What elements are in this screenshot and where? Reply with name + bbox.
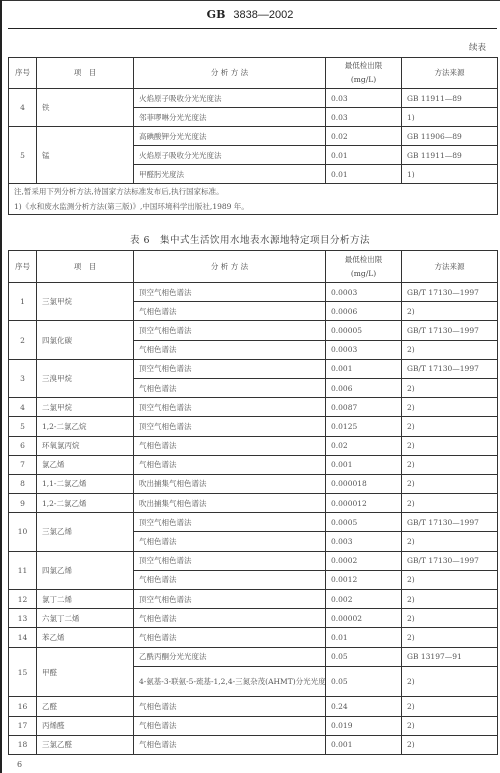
- row-limit: 0.03: [326, 108, 402, 127]
- row-method: 气相色谱法: [134, 302, 326, 321]
- row-source: 2): [402, 666, 498, 697]
- row-source: 2): [402, 735, 498, 754]
- row-limit: 0.003: [326, 532, 402, 551]
- table-6: 序号 项 目 分 析 方 法 最低检出限(mg/L) 方法来源 1三氯甲烷顶空气…: [8, 250, 498, 755]
- row-seq: 8: [9, 474, 37, 493]
- table-row: 1三氯甲烷顶空气相色谱法0.0003GB/T 17130—1997: [9, 283, 498, 302]
- row-method: 气相色谱法: [134, 455, 326, 474]
- row-source: 2): [402, 697, 498, 716]
- row-method: 气相色谱法: [134, 697, 326, 716]
- row-method: 顶空气相色谱法: [134, 359, 326, 378]
- row-seq: 3: [9, 359, 37, 397]
- row-source: 2): [402, 532, 498, 551]
- row-seq: 5: [9, 127, 37, 184]
- table-row: 15甲醛乙酰丙酮分光光度法0.05GB 13197—91: [9, 647, 498, 666]
- table-row: 13六氯丁二烯气相色谱法0.000022): [9, 609, 498, 628]
- table-row: 3三溴甲烷顶空气相色谱法0.001GB/T 17130—1997: [9, 359, 498, 378]
- table-row: 14苯乙烯气相色谱法0.012): [9, 628, 498, 647]
- row-item: 1,1-二氯乙烯: [37, 474, 134, 493]
- row-limit: 0.000012: [326, 494, 402, 513]
- col-header-limit: 最低检出限(mg/L): [326, 58, 402, 89]
- row-item: 三氯甲烷: [37, 283, 134, 321]
- row-method: 气相色谱法: [134, 436, 326, 455]
- row-limit: 0.01: [326, 628, 402, 647]
- row-limit: 0.001: [326, 455, 402, 474]
- row-item: 二氯甲烷: [37, 398, 134, 417]
- col-header-seq: 序号: [9, 251, 37, 283]
- header-rule: [8, 28, 497, 29]
- row-limit: 0.001: [326, 735, 402, 754]
- row-seq: 5: [9, 417, 37, 436]
- table-6-title: 集中式生活饮用水地表水源地特定项目分析方法: [160, 235, 370, 246]
- row-method: 顶空气相色谱法: [134, 551, 326, 570]
- row-source: 2): [402, 570, 498, 589]
- row-source: 2): [402, 609, 498, 628]
- row-limit: 0.006: [326, 378, 402, 397]
- row-limit: 0.0012: [326, 570, 402, 589]
- row-method: 气相色谱法: [134, 716, 326, 735]
- table-row: 11四氯乙烯顶空气相色谱法0.0002GB/T 17130—1997: [9, 551, 498, 570]
- table-row: 5锰高碘酸钾分光光度法0.02GB 11906—89: [9, 127, 498, 146]
- row-item: 1,2-二氯乙烯: [37, 494, 134, 513]
- row-method: 气相色谱法: [134, 340, 326, 359]
- row-limit: 0.02: [326, 436, 402, 455]
- row-method: 吹出捕集气相色谱法: [134, 494, 326, 513]
- row-method: 顶空气相色谱法: [134, 321, 326, 340]
- limit-header-unit: (mg/L): [331, 73, 396, 87]
- row-source: GB/T 17130—1997: [402, 551, 498, 570]
- row-seq: 7: [9, 455, 37, 474]
- table-row: 51,2-二氯乙烷顶空气相色谱法0.01252): [9, 417, 498, 436]
- row-limit: 0.0003: [326, 283, 402, 302]
- row-method: 顶空气相色谱法: [134, 398, 326, 417]
- row-source: GB 11911—89: [402, 89, 498, 108]
- col-header-source: 方法来源: [402, 251, 498, 283]
- row-method: 顶空气相色谱法: [134, 417, 326, 436]
- row-method: 气相色谱法: [134, 532, 326, 551]
- row-limit: 0.05: [326, 666, 402, 697]
- note-line-2: 1)《水和废水监测分析方法(第三版)》,中国环境科学出版社,1989 年。: [14, 199, 492, 214]
- row-item: 锰: [37, 127, 134, 184]
- row-seq: 17: [9, 716, 37, 735]
- col-header-method: 分 析 方 法: [134, 58, 326, 89]
- standard-number: 3838—2002: [233, 9, 293, 21]
- row-method: 气相色谱法: [134, 609, 326, 628]
- row-item: 乙醛: [37, 697, 134, 716]
- row-limit: 0.002: [326, 590, 402, 609]
- table-row: 12氯丁二烯顶空气相色谱法0.0022): [9, 590, 498, 609]
- row-method: 吹出捕集气相色谱法: [134, 474, 326, 493]
- table-row: 16乙醛气相色谱法0.242): [9, 697, 498, 716]
- limit-header-unit: (mg/L): [331, 267, 396, 281]
- row-source: 2): [402, 590, 498, 609]
- row-item: 三溴甲烷: [37, 359, 134, 397]
- row-method: 4-氨基-3-联氨-5-巯基-1,2,4-三氮杂茂(AHMT)分光光度法: [134, 666, 326, 697]
- row-item: 三氯乙醛: [37, 735, 134, 754]
- row-seq: 6: [9, 436, 37, 455]
- row-item: 三氯乙烯: [37, 513, 134, 551]
- row-seq: 12: [9, 590, 37, 609]
- row-limit: 0.0006: [326, 302, 402, 321]
- row-limit: 0.019: [326, 716, 402, 735]
- row-limit: 0.24: [326, 697, 402, 716]
- row-limit: 0.0125: [326, 417, 402, 436]
- col-header-limit: 最低检出限(mg/L): [326, 251, 402, 283]
- row-limit: 0.03: [326, 89, 402, 108]
- standard-prefix: GB: [207, 8, 226, 21]
- row-seq: 13: [9, 609, 37, 628]
- table-row: 4铁火焰原子吸收分光光度法0.03GB 11911—89: [9, 89, 498, 108]
- table-row: 4二氯甲烷顶空气相色谱法0.00872): [9, 398, 498, 417]
- col-header-method: 分 析 方 法: [134, 251, 326, 283]
- limit-header-line1: 最低检出限: [331, 59, 396, 73]
- row-source: GB/T 17130—1997: [402, 321, 498, 340]
- row-method: 邻菲啰啉分光光度法: [134, 108, 326, 127]
- row-source: 2): [402, 340, 498, 359]
- row-seq: 9: [9, 494, 37, 513]
- table-note-row: 注,暂采用下列分析方法,待国家方法标准发布后,执行国家标准。 1)《水和废水监测…: [9, 184, 498, 215]
- row-source: 1): [402, 108, 498, 127]
- table-row: 2四氯化碳顶空气相色谱法0.00005GB/T 17130—1997: [9, 321, 498, 340]
- row-item: 铁: [37, 89, 134, 127]
- row-method: 气相色谱法: [134, 570, 326, 589]
- row-method: 气相色谱法: [134, 378, 326, 397]
- row-item: 四氯化碳: [37, 321, 134, 359]
- row-item: 氯乙烯: [37, 455, 134, 474]
- row-seq: 18: [9, 735, 37, 754]
- row-source: GB/T 17130—1997: [402, 359, 498, 378]
- row-item: 丙烯醛: [37, 716, 134, 735]
- table-row: 91,2-二氯乙烯吹出捕集气相色谱法0.0000122): [9, 494, 498, 513]
- table-6-caption: 表 6集中式生活饮用水地表水源地特定项目分析方法: [0, 232, 500, 246]
- row-method: 火焰原子吸收分光光度法: [134, 89, 326, 108]
- col-header-item: 项 目: [37, 58, 134, 89]
- table-row: 10三氯乙烯顶空气相色谱法0.0005GB/T 17130—1997: [9, 513, 498, 532]
- row-limit: 0.00005: [326, 321, 402, 340]
- row-item: 氯丁二烯: [37, 590, 134, 609]
- col-header-item: 项 目: [37, 251, 134, 283]
- row-limit: 0.01: [326, 146, 402, 165]
- row-source: GB/T 17130—1997: [402, 513, 498, 532]
- row-method: 气相色谱法: [134, 628, 326, 647]
- row-source: 2): [402, 378, 498, 397]
- table-row: 6环氧氯丙烷气相色谱法0.022): [9, 436, 498, 455]
- row-source: GB 11906—89: [402, 127, 498, 146]
- table-note: 注,暂采用下列分析方法,待国家方法标准发布后,执行国家标准。 1)《水和废水监测…: [9, 184, 498, 215]
- row-limit: 0.0005: [326, 513, 402, 532]
- table-header-row: 序号 项 目 分 析 方 法 最低检出限(mg/L) 方法来源: [9, 58, 498, 89]
- row-item: 甲醛: [37, 647, 134, 697]
- row-seq: 4: [9, 398, 37, 417]
- continued-table: 序号 项 目 分 析 方 法 最低检出限(mg/L) 方法来源 4铁火焰原子吸收…: [8, 57, 498, 215]
- row-item: 1,2-二氯乙烷: [37, 417, 134, 436]
- col-header-source: 方法来源: [402, 58, 498, 89]
- row-seq: 2: [9, 321, 37, 359]
- row-source: 2): [402, 455, 498, 474]
- row-seq: 10: [9, 513, 37, 551]
- row-source: GB 13197—91: [402, 647, 498, 666]
- row-limit: 0.01: [326, 165, 402, 184]
- row-source: GB/T 17130—1997: [402, 283, 498, 302]
- table-row: 18三氯乙醛气相色谱法0.0012): [9, 735, 498, 754]
- row-source: 2): [402, 436, 498, 455]
- row-seq: 15: [9, 647, 37, 697]
- page-left-edge: [0, 0, 2, 773]
- row-method: 甲醛肟光度法: [134, 165, 326, 184]
- row-method: 顶空气相色谱法: [134, 513, 326, 532]
- limit-header-line1: 最低检出限: [331, 253, 396, 267]
- row-source: 2): [402, 398, 498, 417]
- row-seq: 1: [9, 283, 37, 321]
- table-row: 81,1-二氯乙烯吹出捕集气相色谱法0.0000182): [9, 474, 498, 493]
- row-method: 气相色谱法: [134, 735, 326, 754]
- table-header-row: 序号 项 目 分 析 方 法 最低检出限(mg/L) 方法来源: [9, 251, 498, 283]
- row-limit: 0.0003: [326, 340, 402, 359]
- row-limit: 0.0002: [326, 551, 402, 570]
- row-source: 2): [402, 716, 498, 735]
- row-item: 四氯乙烯: [37, 551, 134, 589]
- row-method: 火焰原子吸收分光光度法: [134, 146, 326, 165]
- row-source: 2): [402, 494, 498, 513]
- row-method: 顶空气相色谱法: [134, 283, 326, 302]
- row-limit: 0.0087: [326, 398, 402, 417]
- row-source: 2): [402, 302, 498, 321]
- row-method: 乙酰丙酮分光光度法: [134, 647, 326, 666]
- row-item: 环氧氯丙烷: [37, 436, 134, 455]
- row-seq: 4: [9, 89, 37, 127]
- row-seq: 14: [9, 628, 37, 647]
- row-method: 高碘酸钾分光光度法: [134, 127, 326, 146]
- continued-label: 续表: [469, 41, 486, 53]
- row-source: GB 11911—89: [402, 146, 498, 165]
- row-limit: 0.000018: [326, 474, 402, 493]
- row-source: 1): [402, 165, 498, 184]
- page-top-edge: [0, 0, 500, 1]
- row-limit: 0.02: [326, 127, 402, 146]
- table-6-number: 表 6: [130, 235, 150, 246]
- row-source: 2): [402, 628, 498, 647]
- table-row: 7氯乙烯气相色谱法0.0012): [9, 455, 498, 474]
- row-source: 2): [402, 474, 498, 493]
- col-header-seq: 序号: [9, 58, 37, 89]
- page-number: 6: [17, 760, 22, 769]
- row-seq: 16: [9, 697, 37, 716]
- row-seq: 11: [9, 551, 37, 589]
- row-item: 苯乙烯: [37, 628, 134, 647]
- row-item: 六氯丁二烯: [37, 609, 134, 628]
- note-line-1: 注,暂采用下列分析方法,待国家方法标准发布后,执行国家标准。: [14, 184, 492, 199]
- row-limit: 0.00002: [326, 609, 402, 628]
- row-method: 顶空气相色谱法: [134, 590, 326, 609]
- table-row: 17丙烯醛气相色谱法0.0192): [9, 716, 498, 735]
- row-source: 2): [402, 417, 498, 436]
- row-limit: 0.05: [326, 647, 402, 666]
- running-header: GB3838—2002: [0, 8, 500, 21]
- row-limit: 0.001: [326, 359, 402, 378]
